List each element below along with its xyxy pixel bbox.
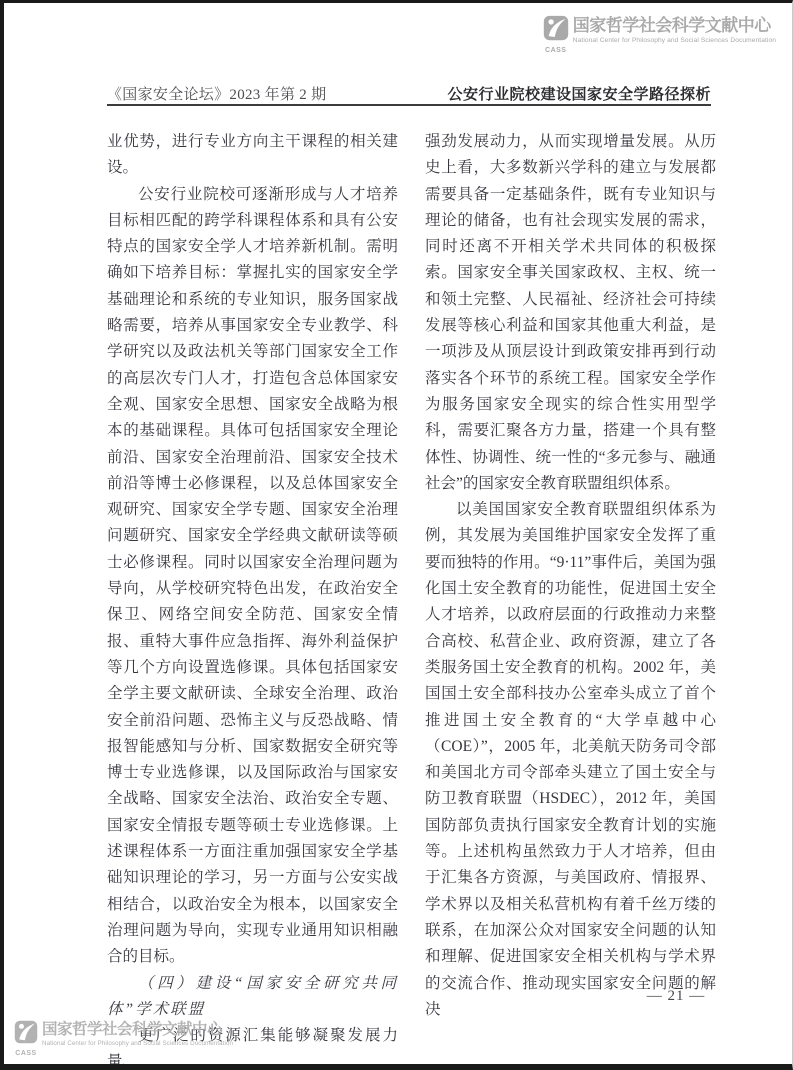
column-left: 业优势，进行专业方向主干课程的相关建设。 公安行业院校可逐渐形成与人才培养目标相… (107, 129, 398, 1070)
paragraph: 强劲发展动力，从而实现增量发展。从历史上看，大多数新兴学科的建立与发展都需要具备… (425, 129, 716, 497)
paragraph: 业优势，进行专业方向主干课程的相关建设。 (107, 129, 398, 182)
cass-logo-icon (543, 15, 569, 46)
cass-logo-name-cn: 国家哲学社会科学文献中心 (42, 1020, 233, 1039)
article-title: 公安行业院校建设国家安全学路径探析 (447, 83, 711, 104)
cass-logo-abbr: CASS (15, 1050, 36, 1057)
cass-logo-icon (14, 1020, 38, 1049)
running-head: 《国家安全论坛》2023 年第 2 期 公安行业院校建设国家安全学路径探析 (107, 83, 711, 104)
column-right: 强劲发展动力，从而实现增量发展。从历史上看，大多数新兴学科的建立与发展都需要具备… (425, 129, 716, 1023)
header-rule (107, 104, 711, 106)
section-heading: （四）建设“国家安全研究共同体”学术联盟 (107, 971, 398, 1024)
cass-logo-bottom: CASS 国家哲学社会科学文献中心 National Center for Ph… (14, 1020, 233, 1057)
paragraph: 以美国国家安全教育联盟组织体系为例，其发展为美国维护国家安全发挥了重要而独特的作… (425, 497, 716, 1023)
page-number: — 21 — (621, 988, 731, 1005)
cass-logo-name-en: National Center for Philosophy and Socia… (42, 1040, 233, 1047)
cass-logo-abbr: CASS (545, 47, 566, 54)
cass-logo-name-cn: 国家哲学社会科学文献中心 (573, 15, 776, 36)
journal-issue-label: 《国家安全论坛》2023 年第 2 期 (107, 83, 326, 104)
cass-logo-top: CASS 国家哲学社会科学文献中心 National Center for Ph… (543, 15, 776, 54)
journal-page: CASS 国家哲学社会科学文献中心 National Center for Ph… (0, 0, 793, 1070)
paragraph: 公安行业院校可逐渐形成与人才培养目标相匹配的跨学科课程体系和具有公安特点的国家安… (107, 182, 398, 971)
cass-logo-name-en: National Center for Philosophy and Socia… (573, 37, 776, 44)
